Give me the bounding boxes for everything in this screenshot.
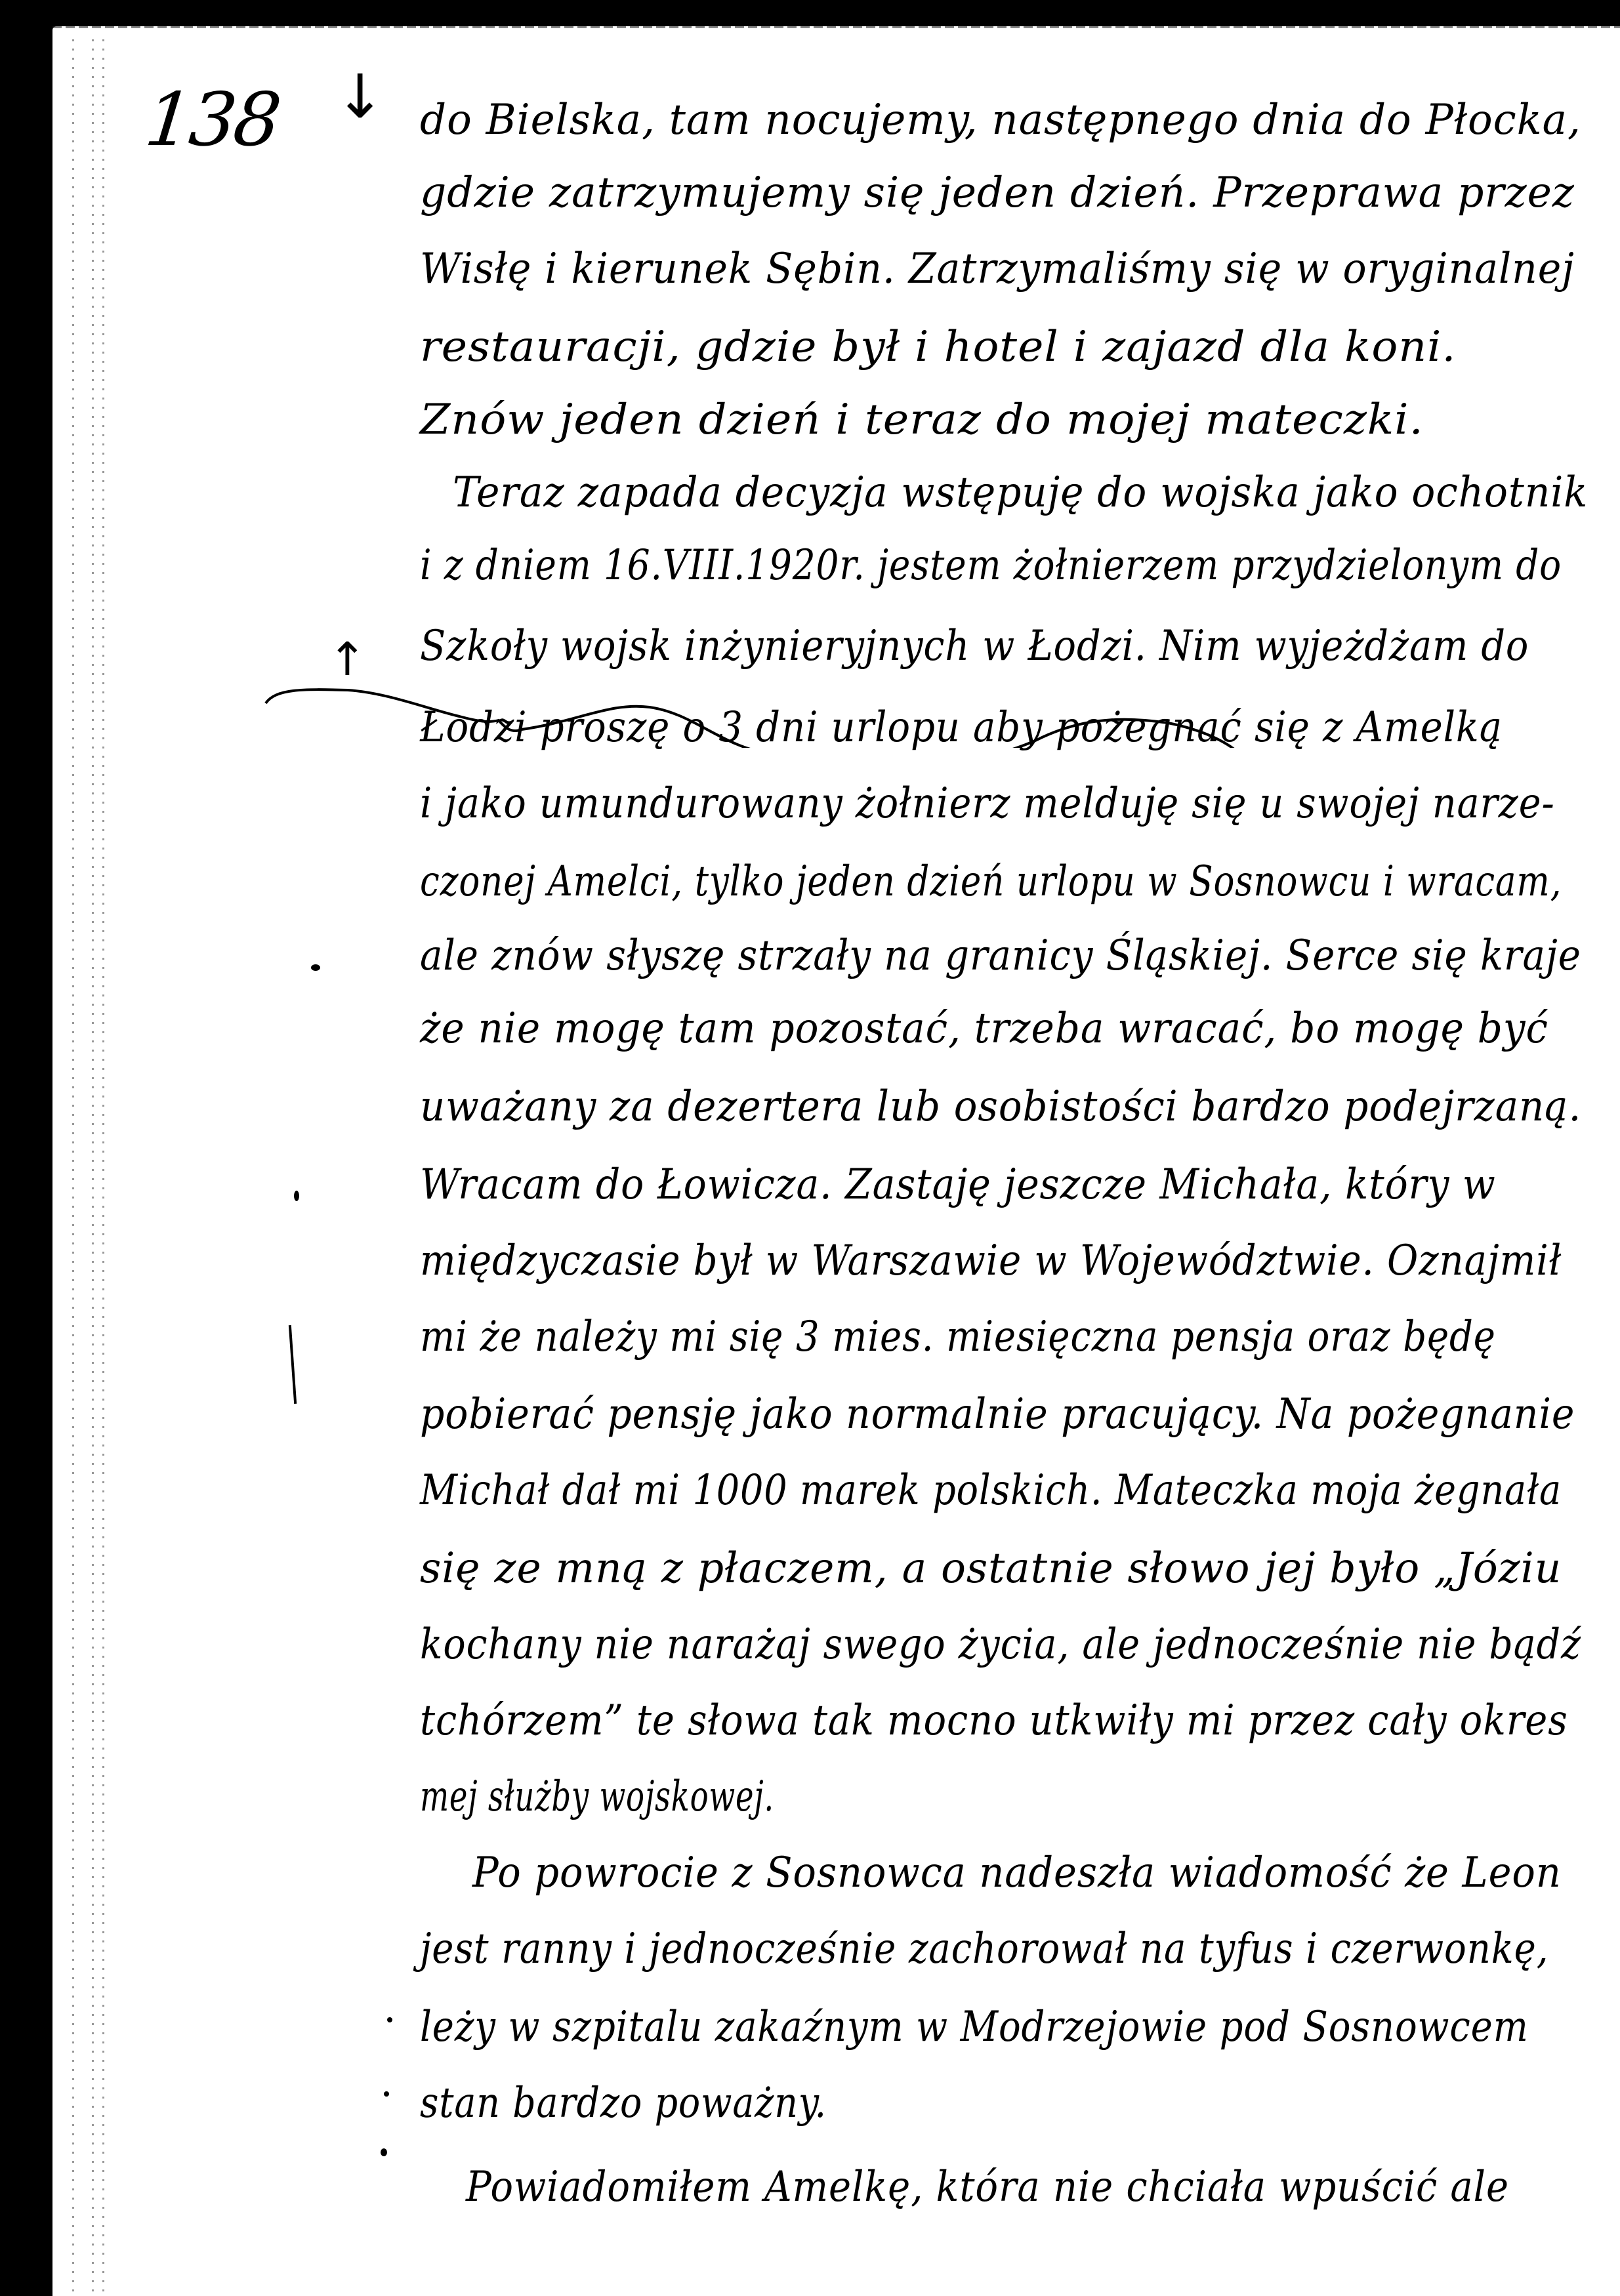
handwritten-line: leży w szpitalu zakaźnym w Modrzejowie p…: [420, 2003, 1529, 2051]
handwritten-line: Wisłę i kierunek Sębin. Zatrzymaliśmy si…: [420, 245, 1575, 293]
margin-dot-mark: [387, 2017, 392, 2022]
handwritten-line: uważany za dezertera lub osobistości bar…: [420, 1082, 1581, 1131]
binding-edge-dots: [102, 39, 104, 2296]
binding-edge-dots: [72, 39, 74, 2296]
arrow-down-icon: ↓: [335, 67, 385, 127]
handwritten-line: kochany nie narażaj swego życia, ale jed…: [420, 1620, 1581, 1669]
handwritten-line: Łodzi proszę o 3 dni urlopu aby pożegnać…: [420, 703, 1503, 752]
handwritten-line: Michał dał mi 1000 marek polskich. Matec…: [420, 1466, 1562, 1515]
margin-dot-mark: [311, 964, 320, 971]
handwritten-line: Szkoły wojsk inżynieryjnych w Łodzi. Nim…: [420, 622, 1529, 670]
handwritten-line: pobierać pensję jako normalnie pracujący…: [420, 1390, 1575, 1439]
handwritten-line: tchórzem” te słowa tak mocno utkwiły mi …: [420, 1696, 1568, 1745]
handwritten-line: i z dniem 16.VIII.1920r. jestem żołnierz…: [420, 541, 1562, 590]
handwritten-line: mej służby wojskowej.: [420, 1773, 774, 1821]
handwritten-line: czonej Amelci, tylko jeden dzień urlopu …: [420, 857, 1562, 906]
handwritten-line: gdzie zatrzymujemy się jeden dzień. Prze…: [420, 169, 1575, 217]
margin-dot-mark: [384, 2091, 389, 2097]
page-top-edge: [52, 26, 1620, 28]
handwritten-line: restauracji, gdzie był i hotel i zajazd …: [420, 323, 1457, 371]
handwritten-line: do Bielska, tam nocujemy, następnego dni…: [420, 96, 1581, 144]
handwritten-line: międzyczasie był w Warszawie w Województ…: [420, 1237, 1562, 1285]
binding-edge-dots: [92, 39, 94, 2296]
margin-dot-mark: [294, 1191, 299, 1201]
handwritten-line: stan bardzo poważny.: [420, 2079, 827, 2127]
handwritten-line: Znów jeden dzień i teraz do mojej matecz…: [420, 396, 1424, 444]
handwritten-line: Po powrocie z Sosnowca nadeszła wiadomoś…: [472, 1849, 1562, 1897]
handwritten-line: Wracam do Łowicza. Zastaję jeszcze Micha…: [420, 1160, 1496, 1209]
handwritten-line: się ze mną z płaczem, a ostatnie słowo j…: [420, 1544, 1562, 1593]
handwritten-line: mi że należy mi się 3 mies. miesięczna p…: [420, 1313, 1496, 1361]
handwritten-line: że nie mogę tam pozostać, trzeba wracać,…: [420, 1004, 1548, 1053]
handwritten-line: Teraz zapada decyzja wstępuję do wojska …: [453, 468, 1588, 517]
handwritten-line: jest ranny i jednocześnie zachorował na …: [420, 1925, 1548, 1973]
handwritten-line: ale znów słyszę strzały na granicy Śląsk…: [420, 932, 1581, 980]
margin-dot-mark: [381, 2148, 387, 2156]
page-number: 138: [141, 77, 282, 163]
handwritten-line: i jako umundurowany żołnierz melduję się…: [420, 779, 1555, 828]
handwritten-line: Powiadomiłem Amelkę, która nie chciała w…: [466, 2163, 1509, 2211]
